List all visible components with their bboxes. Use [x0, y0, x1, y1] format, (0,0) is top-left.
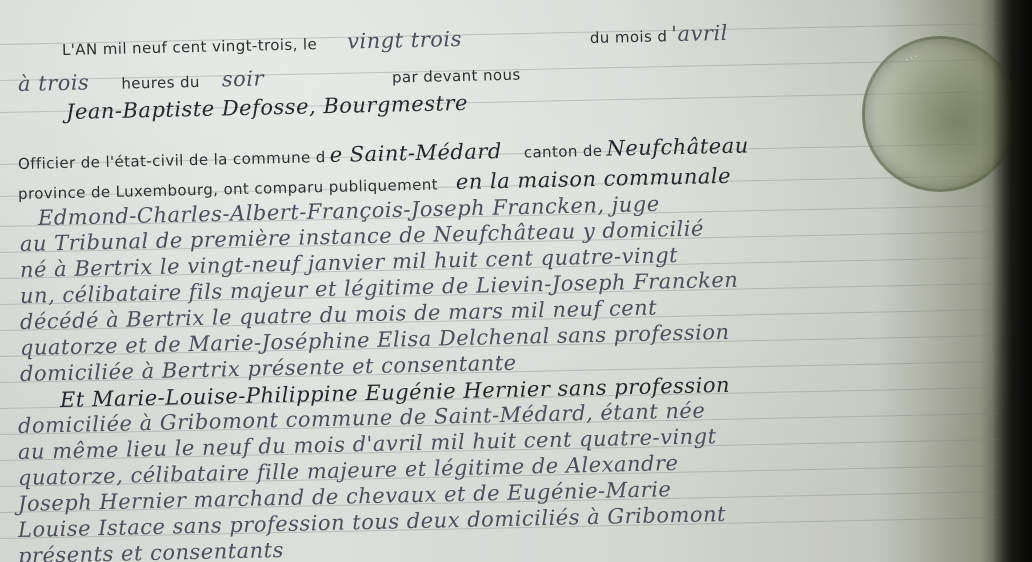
handwritten-commune: e Saint-Médard [329, 139, 502, 167]
record-line-1: L'AN mil neuf cent vingt-trois, le vingt… [62, 21, 728, 60]
handwritten-month: 'avril [671, 21, 728, 46]
record-line-19: présents et consentants [18, 538, 284, 562]
handwritten-day: vingt trois [347, 27, 462, 54]
scan-dark-edge [992, 0, 1032, 562]
handwritten-hour: à trois [18, 70, 90, 96]
printed-canton-label: canton de [524, 142, 603, 162]
printed-officer-label: Officier de l'état-civil de la commune d [18, 148, 326, 173]
handwritten-canton: Neufchâteau [606, 133, 749, 160]
handwritten-location: en la maison communale [456, 164, 732, 194]
printed-month-label: du mois d [590, 27, 668, 47]
seal-emboss-text: ··· [904, 51, 922, 67]
printed-before-us: par devant nous [392, 66, 521, 87]
handwritten-officer-name: Jean-Baptiste Defosse, Bourgmestre [66, 91, 468, 124]
printed-hours-label: heures du [121, 73, 200, 93]
handwritten-time-of-day: soir [222, 66, 265, 91]
record-line-3: Jean-Baptiste Defosse, Bourgmestre [66, 91, 468, 124]
printed-year-phrase: L'AN mil neuf cent vingt-trois, le [62, 35, 317, 59]
scanned-document-page: ··· L'AN mil neuf cent vingt-trois, le v… [0, 0, 1032, 562]
